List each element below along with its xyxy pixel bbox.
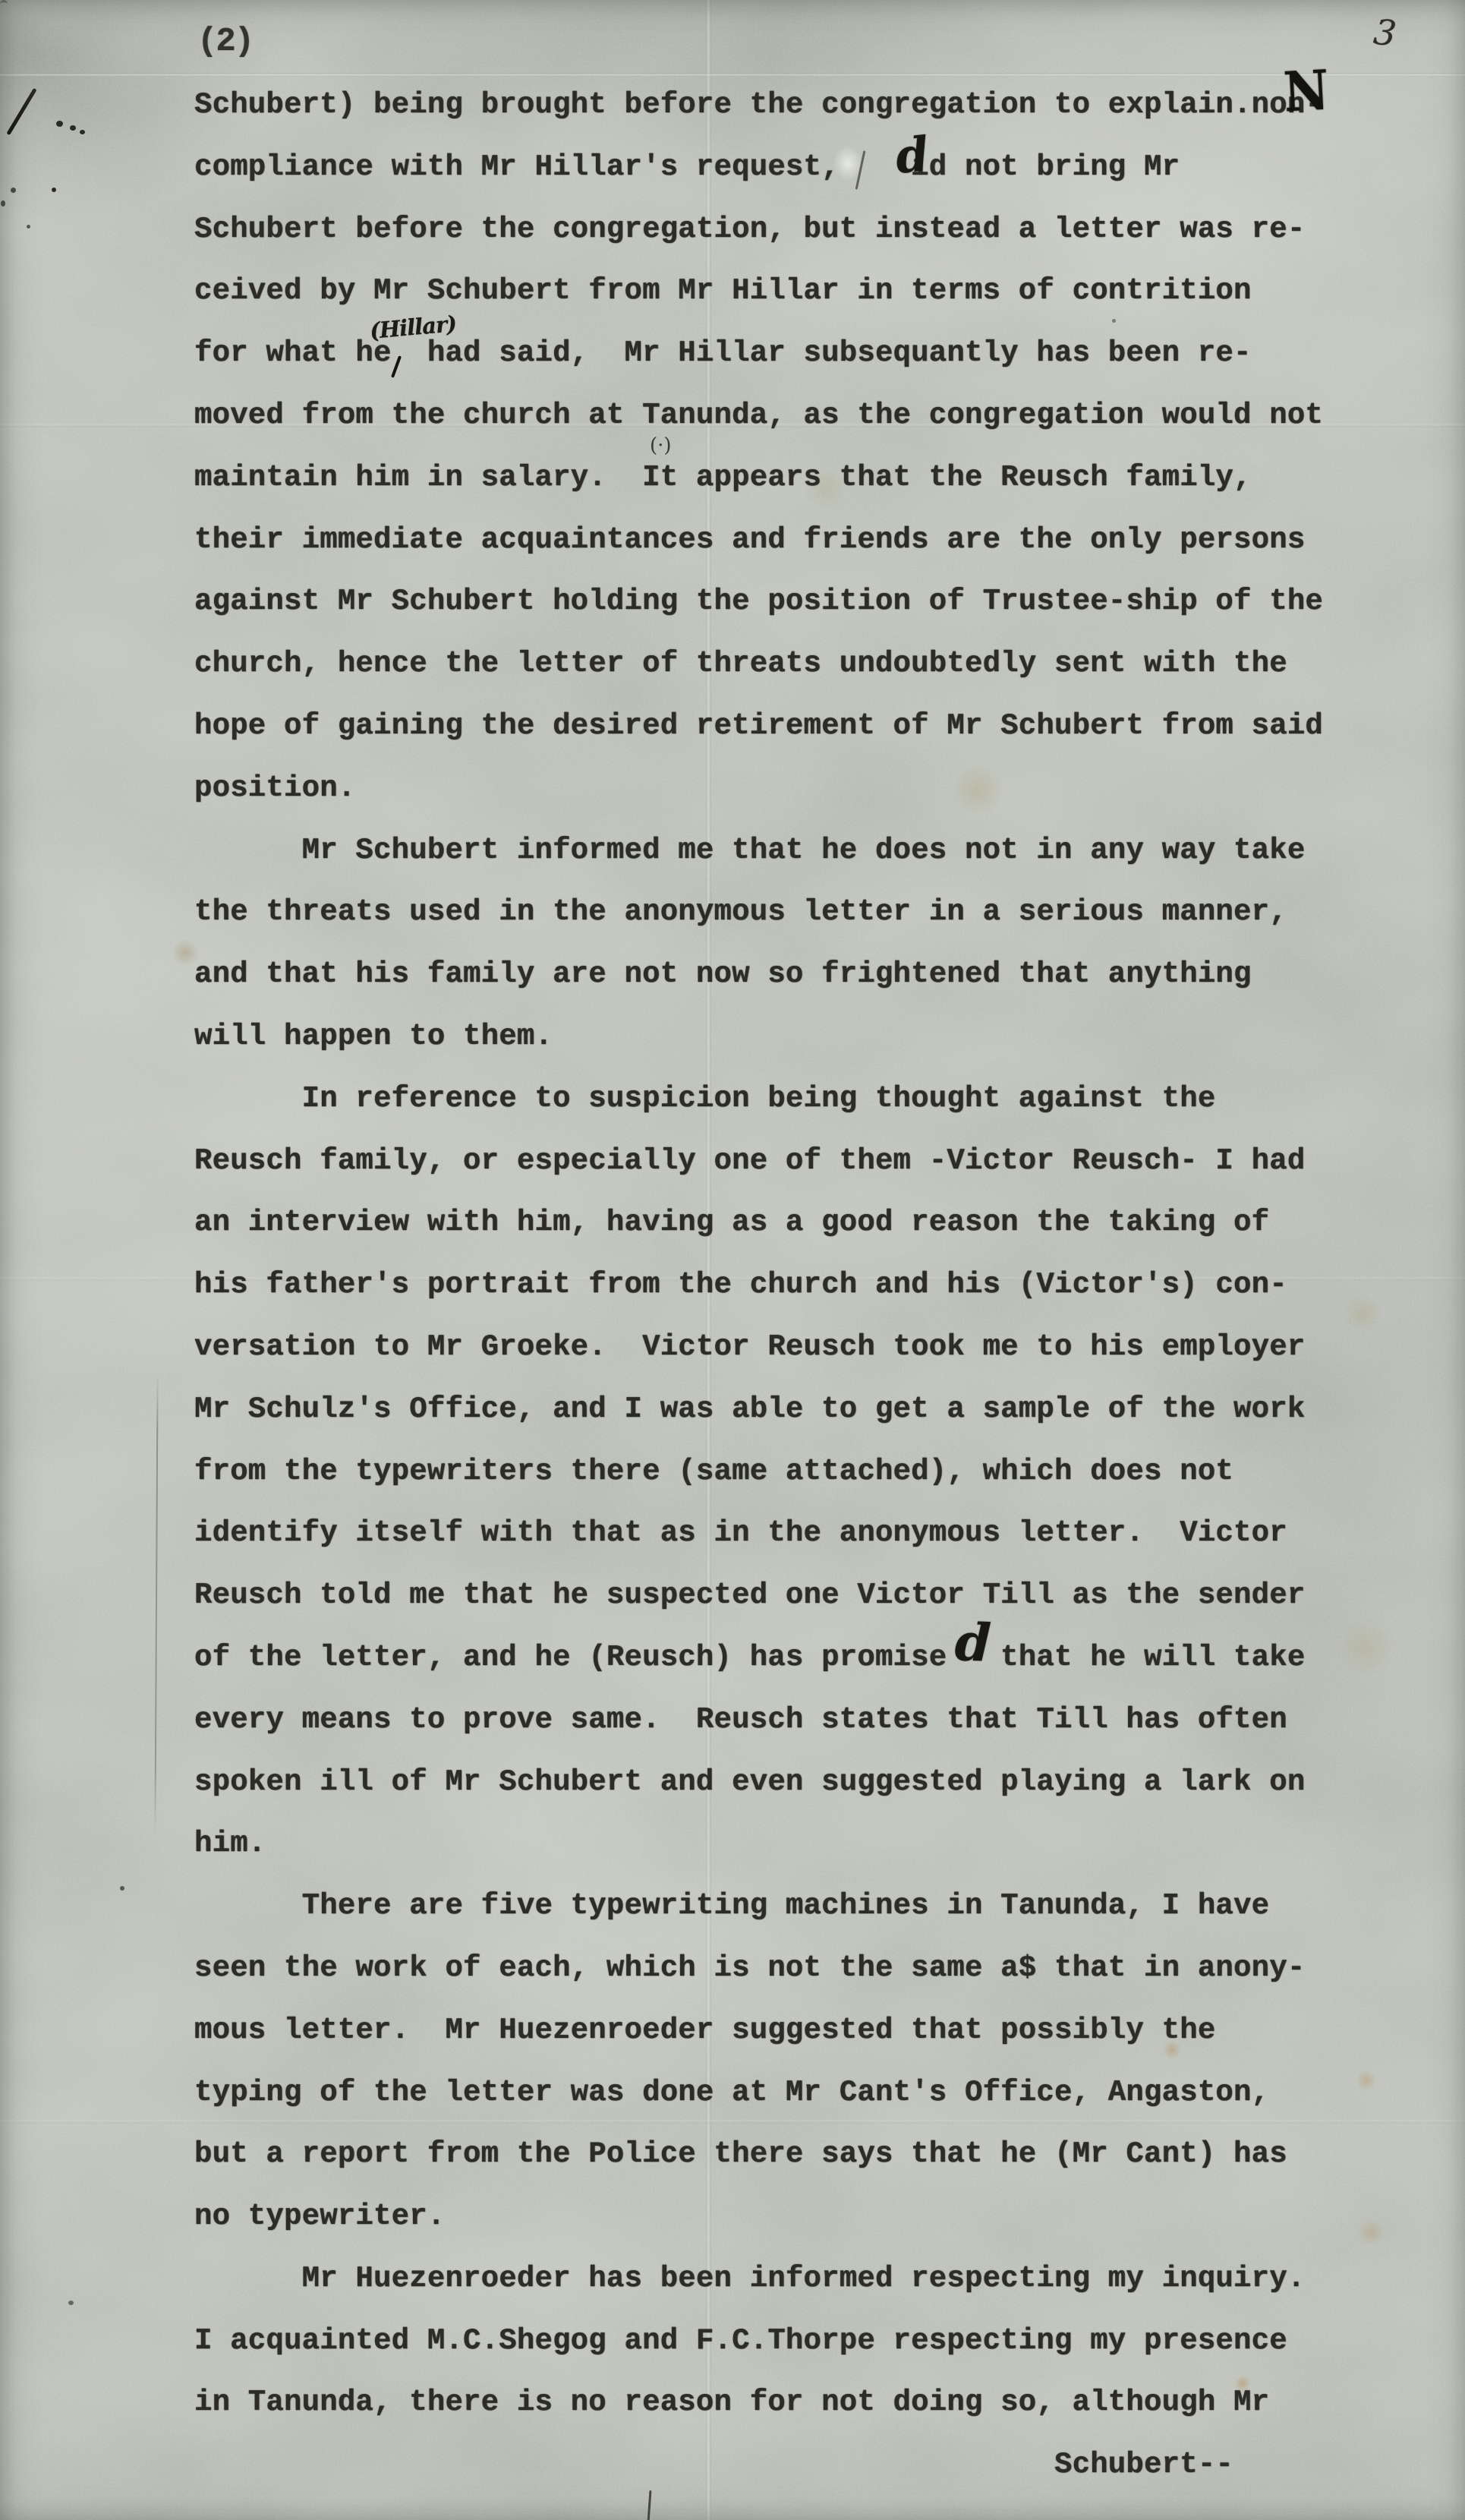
ink-speck bbox=[80, 130, 85, 134]
scanned-document-page: (2) 3 Schubert) being brought before the… bbox=[0, 0, 1465, 2520]
typed-line: of the letter, and he (Reusch) has promi… bbox=[194, 1627, 1323, 1689]
typed-line: ceived by Mr Schubert from Mr Hillar in … bbox=[194, 260, 1323, 323]
typed-line: mous letter. Mr Huezenroeder suggested t… bbox=[194, 2000, 1323, 2062]
ink-speck bbox=[68, 2301, 74, 2305]
typed-line: hope of gaining the desired retirement o… bbox=[194, 695, 1323, 758]
ink-speck bbox=[56, 121, 63, 127]
typed-line: identify itself with that as in the anon… bbox=[194, 1503, 1323, 1565]
pen-stroke-bottom-hook bbox=[0, 0, 8, 10]
typed-line: will happen to them. bbox=[194, 1006, 1323, 1068]
typed-line: in Tanunda, there is no reason for not d… bbox=[194, 2372, 1323, 2434]
ink-speck bbox=[1, 200, 5, 207]
typed-line: position. bbox=[194, 758, 1323, 820]
typed-line: but a report from the Police there says … bbox=[194, 2124, 1323, 2186]
typed-line: for what he had said, Mr Hillar subsequa… bbox=[194, 323, 1323, 385]
typed-line: and that his family are not now so frigh… bbox=[194, 944, 1323, 1006]
typed-line: Schubert before the congregation, but in… bbox=[194, 199, 1323, 261]
typed-line: versation to Mr Groeke. Victor Reusch to… bbox=[194, 1317, 1323, 1379]
typed-line: the threats used in the anonymous letter… bbox=[194, 882, 1323, 944]
handwritten-page-number: 3 bbox=[1372, 11, 1399, 54]
typed-line: against Mr Schubert holding the position… bbox=[194, 571, 1323, 633]
typed-line: his father's portrait from the church an… bbox=[194, 1254, 1323, 1317]
typed-line: Schubert) being brought before the congr… bbox=[194, 74, 1323, 137]
typed-line: maintain him in salary. It appears that … bbox=[194, 447, 1323, 509]
typed-line: Schubert-- bbox=[194, 2434, 1323, 2496]
typed-line: Reusch family, or especially one of them… bbox=[194, 1131, 1323, 1193]
ink-speck bbox=[52, 188, 56, 192]
typed-line: There are five typewriting machines in T… bbox=[194, 1875, 1323, 1938]
typed-line: compliance with Mr Hillar's request, id … bbox=[194, 137, 1323, 199]
typed-page-number: (2) bbox=[197, 23, 253, 61]
typed-letter-body: Schubert) being brought before the congr… bbox=[194, 74, 1323, 2496]
typed-line: moved from the church at Tanunda, as the… bbox=[194, 385, 1323, 447]
stain bbox=[1356, 2070, 1377, 2091]
typed-line: In reference to suspicion being thought … bbox=[194, 1068, 1323, 1131]
typed-line: an interview with him, having as a good … bbox=[194, 1192, 1323, 1254]
stain bbox=[1344, 1295, 1382, 1333]
ink-speck bbox=[27, 225, 30, 229]
ink-speck bbox=[11, 188, 16, 193]
typed-line: him. bbox=[194, 1813, 1323, 1875]
typed-line: I acquainted M.C.Shegog and F.C.Thorpe r… bbox=[194, 2310, 1323, 2373]
stain bbox=[1336, 1617, 1397, 1678]
ink-speck bbox=[120, 1886, 124, 1891]
pencil-margin-line bbox=[154, 1374, 158, 1837]
typed-line: no typewriter. bbox=[194, 2186, 1323, 2248]
typed-line: from the typewriters there (same attache… bbox=[194, 1441, 1323, 1503]
pen-slash-mark bbox=[6, 88, 36, 136]
typed-line: Reusch told me that he suspected one Vic… bbox=[194, 1565, 1323, 1627]
stain bbox=[1357, 2219, 1385, 2246]
typed-line: their immediate acquaintances and friend… bbox=[194, 509, 1323, 572]
typed-line: typing of the letter was done at Mr Cant… bbox=[194, 2062, 1323, 2124]
typed-line: church, hence the letter of threats undo… bbox=[194, 633, 1323, 695]
typed-line: every means to prove same. Reusch states… bbox=[194, 1689, 1323, 1752]
typed-line: seen the work of each, which is not the … bbox=[194, 1938, 1323, 2000]
typed-line: spoken ill of Mr Schubert and even sugge… bbox=[194, 1752, 1323, 1814]
typed-line: Mr Huezenroeder has been informed respec… bbox=[194, 2248, 1323, 2310]
typed-line: Mr Schubert informed me that he does not… bbox=[194, 820, 1323, 882]
typed-line: Mr Schulz's Office, and I was able to ge… bbox=[194, 1379, 1323, 1441]
ink-speck bbox=[70, 125, 76, 131]
